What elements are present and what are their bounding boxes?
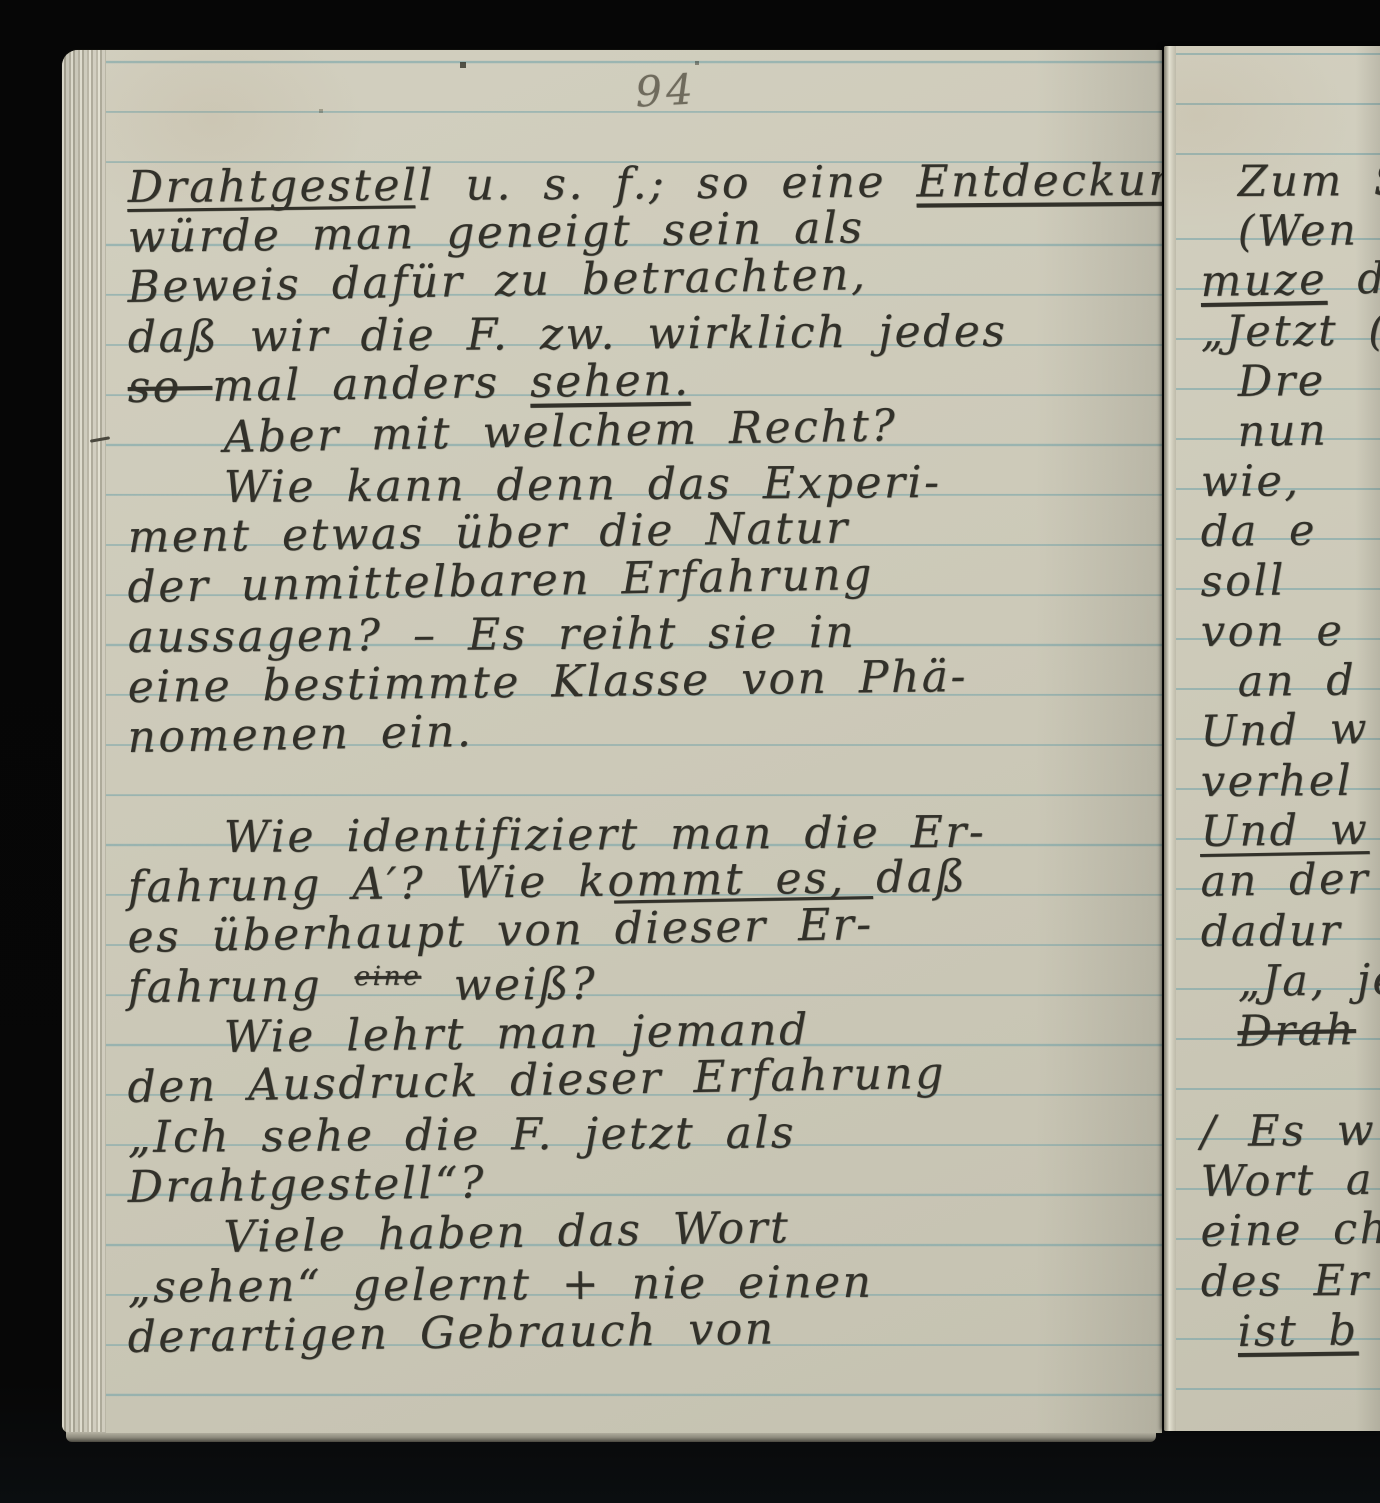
page-edge-stack-bottom [66,1432,1156,1442]
handwritten-line: (Wen [1237,204,1380,258]
handwritten-word: Zum S [1238,156,1380,207]
handwritten-line: an der [1200,852,1380,908]
handwritten-word: an d [1237,655,1356,707]
handwritten-line: Wort a [1200,1153,1380,1208]
handwritten-word: dadur [1201,906,1343,957]
manuscript-scan: 94 Drahtgestell u. s. f.; so eine Entdec… [0,0,1380,1503]
handwritten-line: Zum S [1238,155,1380,208]
handwritten-word: Aber mit welchem Recht? [223,400,898,463]
handwritten-word: nomenen ein. [127,706,474,763]
ruled-sheet-right: Zum S(Wenmuze die F„Jetzt (Drenunwie,da … [1176,46,1380,1431]
handwritten-line: Dre [1237,354,1380,408]
handwritten-word: weiß? [423,959,597,1011]
handwritten-line: des Er [1201,1254,1380,1308]
handwritten-line: dadur [1201,904,1380,958]
handwritten-line: Und w [1200,702,1380,758]
handwritten-word: würde man [127,208,416,263]
handwriting-left: Drahtgestell u. s. f.; so eine Entdeckun… [106,50,1162,1433]
handwritten-word: Viele haben das Wort [223,1202,791,1263]
handwritten-line: nun [1237,403,1380,458]
handwritten-word: ist b [1237,1305,1358,1357]
handwritten-word: muze [1200,255,1327,307]
handwritten-word: von e [1201,606,1345,657]
right-notebook-page: Zum S(Wenmuze die F„Jetzt (Drenunwie,da … [1164,46,1380,1431]
left-notebook-page: 94 Drahtgestell u. s. f.; so eine Entdec… [62,50,1162,1433]
handwritten-word: fahrung [128,960,353,1013]
handwritten-word: Dre [1237,356,1326,407]
handwritten-word: derartigen Gebrauch von [127,1304,776,1363]
handwritten-word: eine ch [1200,1204,1380,1257]
handwritten-word: verhel [1201,756,1354,807]
page-edge-stack-left [62,50,106,1433]
handwritten-word: wie, [1201,456,1301,507]
handwritten-word: „Jetzt ( [1201,306,1380,357]
handwritten-line: / Es w [1201,1104,1380,1158]
handwritten-line: „Jetzt ( [1201,304,1380,358]
handwritten-word: „Ja, je [1237,955,1380,1007]
handwritten-line: ist b [1237,1304,1380,1358]
handwritten-line: wie, [1201,454,1380,508]
handwritten-word: dieser Er- [614,899,874,955]
handwritten-line: verhel [1201,754,1380,808]
handwriting-right: Zum S(Wenmuze die F„Jetzt (Drenunwie,da … [1176,46,1380,1431]
handwritten-word: Wort a [1200,1155,1374,1207]
handwritten-word: die F [1327,252,1380,305]
handwritten-word: Und w [1200,704,1369,757]
handwritten-word: so [127,361,212,413]
handwritten-word: soll [1200,556,1286,607]
ruled-sheet-left: 94 Drahtgestell u. s. f.; so eine Entdec… [106,50,1162,1433]
handwritten-word: / Es w [1201,1106,1376,1157]
handwritten-line: muze die F [1200,252,1380,308]
handwritten-word: sehen. [530,355,691,408]
handwritten-word: Und w [1200,805,1369,857]
handwritten-line: Drah [1237,1003,1380,1058]
handwritten-word: an der [1200,854,1370,907]
handwritten-line: da e [1200,503,1380,558]
handwritten-line: Und w [1200,803,1380,858]
binding-crease [1164,46,1176,1431]
handwritten-word: Drah [1237,1005,1356,1057]
handwritten-word: da e [1200,505,1317,557]
handwritten-word: mal anders [212,357,531,412]
handwritten-line: von e [1201,604,1380,658]
handwritten-word: des Er [1201,1256,1371,1307]
handwritten-line: soll [1200,552,1380,608]
handwritten-line: eine ch [1200,1202,1380,1258]
handwritten-word: (Wen [1237,205,1358,257]
handwritten-word: Drahtgestell“? [127,1157,486,1213]
handwritten-line: an d [1237,654,1380,708]
handwritten-line: „Ja, je [1237,954,1380,1008]
handwritten-word: eine [354,951,421,1003]
handwritten-word: nun [1237,405,1328,457]
